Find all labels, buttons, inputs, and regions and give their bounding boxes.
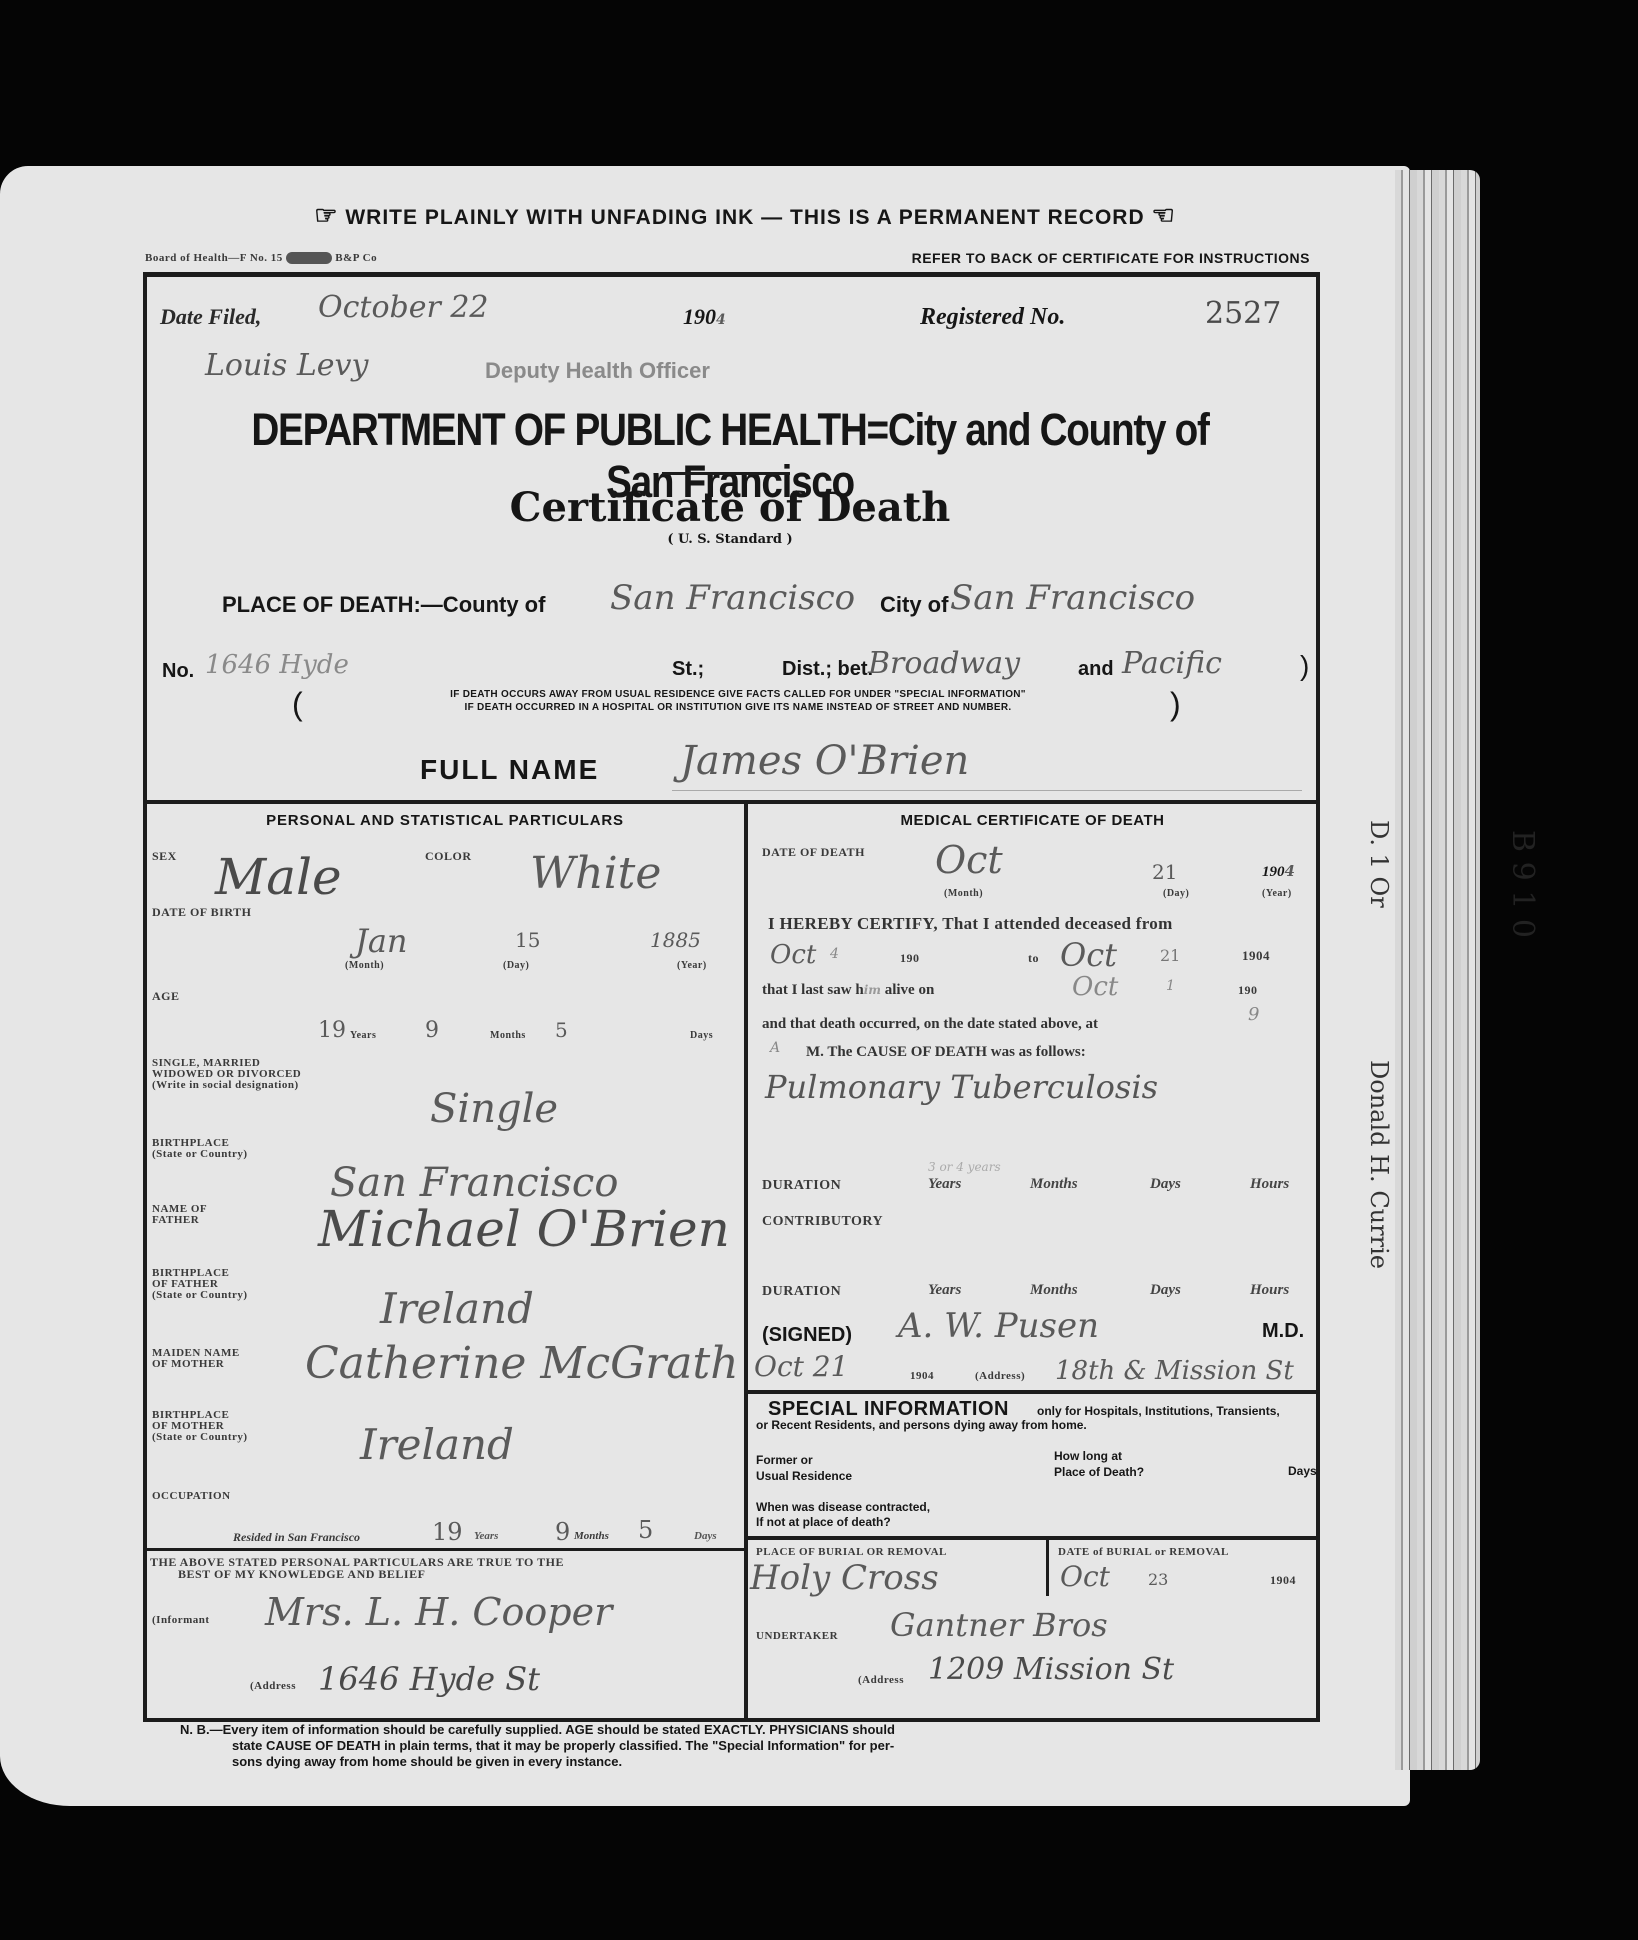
physician-address-label: (Address)	[975, 1370, 1025, 1382]
mother-label: MAIDEN NAME OF MOTHER	[152, 1348, 240, 1370]
union-label-seal-icon	[286, 252, 332, 264]
between-street-2: Pacific	[1122, 646, 1222, 681]
certificate-title: Certificate of Death	[160, 484, 1300, 531]
date-of-death-label: DATE OF DEATH	[762, 846, 865, 858]
date-filed-value: October 22	[318, 290, 489, 325]
paren-close: )	[1300, 650, 1309, 682]
health-officer-signature: Louis Levy	[205, 348, 368, 383]
father-name-value: Michael O'Brien	[318, 1200, 730, 1258]
margin-note-signature: Donald H. Currie	[1365, 1060, 1393, 1269]
signed-year: 1904	[910, 1370, 934, 1382]
burial-place-label: PLACE OF BURIAL OR REMOVAL	[756, 1546, 947, 1558]
registered-no-value: 2527	[1205, 296, 1281, 331]
registered-no-label: Registered No.	[920, 304, 1065, 331]
date-of-death-month: Oct	[935, 838, 1003, 882]
undertaker-value: Gantner Bros	[890, 1606, 1108, 1644]
duration-note: 3 or 4 years	[928, 1160, 1001, 1174]
color-value: White	[530, 848, 661, 899]
form-number: Board of Health—F No. 15 B&P Co	[145, 252, 377, 264]
duration-2-years-label: Years	[928, 1282, 961, 1299]
father-birthplace-label: BIRTHPLACE OF FATHER (State or Country)	[152, 1268, 248, 1301]
last-saw-label: that I last saw him alive on	[762, 982, 934, 999]
duration-2-hours-label: Hours	[1250, 1282, 1289, 1299]
dod-day-label: (Day)	[1163, 888, 1189, 900]
resided-years: 19	[432, 1518, 463, 1546]
dob-day: 15	[515, 928, 540, 952]
title-divider	[662, 472, 790, 475]
informant-divider	[143, 1548, 746, 1551]
pointing-hand-left-icon: ☞	[314, 200, 338, 230]
full-name-underline	[672, 790, 1302, 791]
special-info-note-2: or Recent Residents, and persons dying a…	[756, 1418, 1087, 1432]
resided-label: Resided in San Francisco	[233, 1530, 360, 1545]
physician-address-value: 18th & Mission St	[1055, 1356, 1294, 1386]
birthplace-label: BIRTHPLACE (State or Country)	[152, 1138, 248, 1160]
date-of-death-day: 21	[1152, 860, 1177, 884]
attended-to-month: Oct	[1060, 936, 1117, 974]
death-occurred-label: and that death occurred, on the date sta…	[762, 1016, 1098, 1033]
street-no-label: No.	[162, 660, 194, 683]
age-months-label: Months	[490, 1030, 526, 1042]
cause-of-death-label: M. The CAUSE OF DEATH was as follows:	[806, 1044, 1086, 1061]
place-of-death-instructions: IF DEATH OCCURS AWAY FROM USUAL RESIDENC…	[308, 688, 1168, 714]
contributory-label: CONTRIBUTORY	[762, 1216, 883, 1228]
column-divider	[744, 804, 748, 1722]
full-name-value: James O'Brien	[680, 738, 969, 784]
color-label: COLOR	[425, 850, 472, 862]
mother-name-value: Catherine McGrath	[305, 1338, 739, 1389]
duration-label: DURATION	[762, 1180, 841, 1192]
disease-contracted-label: When was disease contracted, If not at p…	[756, 1500, 930, 1530]
last-saw-day: 1	[1166, 978, 1175, 994]
district-label: Dist.; bet.	[782, 658, 873, 681]
instruction-banner: ☞ WRITE PLAINLY WITH UNFADING INK — THIS…	[200, 200, 1290, 231]
marital-label: SINGLE, MARRIED WIDOWED OR DIVORCED (Wri…	[152, 1058, 301, 1091]
death-meridiem: A	[770, 1040, 780, 1056]
duration-hours-label: Hours	[1250, 1176, 1289, 1193]
undertaker-address-value: 1209 Mission St	[928, 1652, 1174, 1687]
health-officer-title: Deputy Health Officer	[485, 358, 710, 384]
informant-name-value: Mrs. L. H. Cooper	[265, 1590, 612, 1634]
age-years: 19	[318, 1018, 346, 1043]
paren-open: (	[292, 686, 303, 723]
between-street-1: Broadway	[868, 646, 1020, 681]
age-days: 5	[555, 1018, 568, 1042]
dod-month-label: (Month)	[944, 888, 983, 900]
refer-note: REFER TO BACK OF CERTIFICATE FOR INSTRUC…	[800, 250, 1310, 266]
and-label: and	[1078, 658, 1114, 681]
dob-month-label: (Month)	[345, 960, 384, 972]
former-residence-label: Former or Usual Residence	[756, 1452, 852, 1484]
undertaker-label: UNDERTAKER	[756, 1630, 838, 1642]
resided-days-label: Days	[694, 1530, 717, 1542]
street-number-value: 1646 Hyde	[205, 650, 349, 680]
age-months: 9	[425, 1018, 439, 1043]
resided-months-label: Months	[574, 1530, 609, 1542]
duration-2-label: DURATION	[762, 1286, 841, 1298]
pointing-hand-right-icon: ☜	[1151, 200, 1175, 230]
physician-signature: A. W. Pusen	[898, 1306, 1099, 1346]
attended-to-year: 1904	[1242, 950, 1270, 962]
undertaker-address-label: (Address	[858, 1674, 904, 1686]
place-of-death-label: PLACE OF DEATH:—County of	[222, 592, 545, 618]
duration-years-label: Years	[928, 1176, 961, 1193]
burial-date-year: 1904	[1270, 1574, 1296, 1586]
marital-value: Single	[430, 1086, 558, 1132]
burial-date-day: 23	[1148, 1570, 1168, 1589]
signed-date: Oct 21	[754, 1350, 848, 1383]
special-info-note-1: only for Hospitals, Institutions, Transi…	[1037, 1404, 1280, 1418]
certify-statement: I HEREBY CERTIFY, That I attended deceas…	[768, 914, 1173, 934]
informant-address-label: (Address	[250, 1680, 296, 1692]
attended-from-day: 4	[830, 946, 839, 962]
date-of-death-year: 1904	[1262, 862, 1295, 881]
book-page-edges	[1395, 170, 1480, 1770]
dob-year: 1885	[650, 928, 701, 952]
burial-date-label: DATE of BURIAL or REMOVAL	[1058, 1546, 1229, 1558]
resided-months: 9	[555, 1518, 570, 1546]
attended-to-day: 21	[1160, 946, 1180, 965]
dob-label: DATE OF BIRTH	[152, 906, 251, 918]
informant-address-value: 1646 Hyde St	[318, 1660, 540, 1698]
sex-label: SEX	[152, 850, 177, 862]
how-long-days-label: Days	[1288, 1464, 1317, 1478]
burial-date-month: Oct	[1060, 1560, 1110, 1593]
dod-year-label: (Year)	[1262, 888, 1292, 900]
margin-note-1: D. 1 Or	[1365, 820, 1393, 908]
cause-of-death-value: Pulmonary Tuberculosis	[765, 1068, 1158, 1106]
burial-divider	[746, 1536, 1320, 1540]
date-filed-label: Date Filed,	[160, 304, 261, 330]
duration-2-days-label: Days	[1150, 1282, 1181, 1299]
dob-month: Jan	[355, 922, 408, 960]
to-label: to	[1028, 952, 1039, 964]
city-value: San Francisco	[950, 578, 1195, 618]
dob-day-label: (Day)	[503, 960, 529, 972]
age-label: AGE	[152, 990, 180, 1002]
medical-heading: MEDICAL CERTIFICATE OF DEATH	[750, 812, 1315, 829]
age-years-label: Years	[350, 1030, 376, 1042]
full-name-label: FULL NAME	[420, 754, 599, 786]
duration-days-label: Days	[1150, 1176, 1181, 1193]
mother-birthplace-value: Ireland	[360, 1420, 514, 1469]
duration-months-label: Months	[1030, 1176, 1078, 1193]
special-info-divider	[746, 1390, 1320, 1394]
last-saw-month: Oct	[1072, 972, 1118, 1002]
footnote: N. B.—Every item of information should b…	[180, 1722, 1260, 1770]
attended-from-year: 190	[900, 952, 920, 964]
section-divider-top	[143, 800, 1320, 804]
age-days-label: Days	[690, 1030, 713, 1042]
county-value: San Francisco	[610, 578, 855, 618]
paren-close-2: )	[1170, 686, 1181, 723]
personal-heading: PERSONAL AND STATISTICAL PARTICULARS	[150, 812, 740, 829]
city-label: City of	[880, 592, 948, 618]
street-label: St.;	[672, 658, 704, 681]
how-long-label: How long at Place of Death?	[1054, 1448, 1144, 1480]
occupation-label: OCCUPATION	[152, 1490, 231, 1502]
attended-from-month: Oct	[770, 940, 816, 970]
informant-statement: THE ABOVE STATED PERSONAL PARTICULARS AR…	[150, 1556, 564, 1580]
father-label: NAME OF FATHER	[152, 1204, 207, 1226]
burial-column-divider	[1046, 1540, 1049, 1596]
margin-edge-marks: B 9 1 0	[1505, 830, 1540, 938]
dob-year-label: (Year)	[677, 960, 707, 972]
burial-place-value: Holy Cross	[750, 1558, 939, 1598]
informant-label: (Informant	[152, 1614, 210, 1626]
sex-value: Male	[215, 848, 342, 906]
duration-2-months-label: Months	[1030, 1282, 1078, 1299]
last-saw-year: 190	[1238, 984, 1258, 996]
us-standard-note: ( U. S. Standard )	[160, 532, 1300, 547]
mother-birthplace-label: BIRTHPLACE OF MOTHER (State or Country)	[152, 1410, 248, 1443]
filing-year: 1904	[683, 304, 726, 330]
resided-years-label: Years	[474, 1530, 498, 1542]
signed-label: (SIGNED)	[762, 1324, 852, 1347]
death-time: 9	[1248, 1004, 1259, 1025]
resided-days: 5	[638, 1516, 653, 1544]
md-label: M.D.	[1262, 1320, 1304, 1343]
father-birthplace-value: Ireland	[380, 1284, 534, 1333]
